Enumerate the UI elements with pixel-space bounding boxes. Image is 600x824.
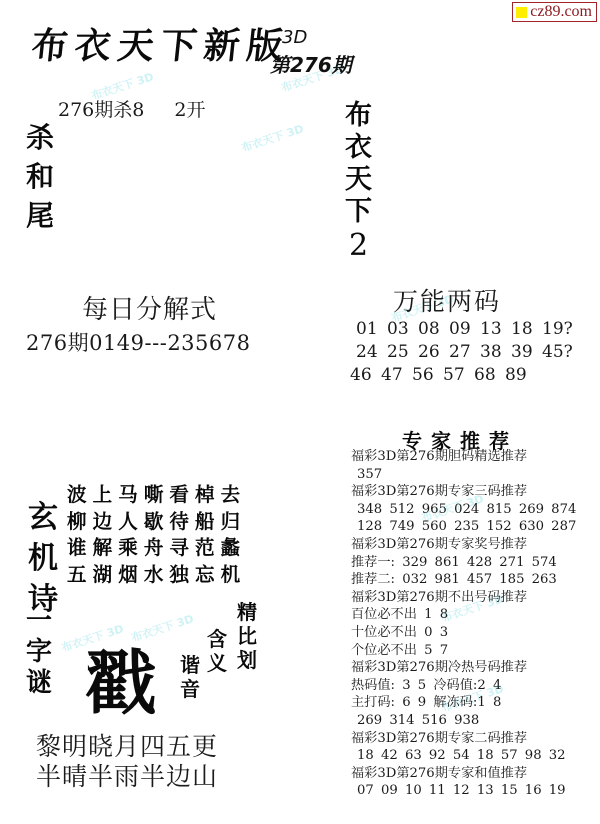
page-title: 布衣天下新版: [29, 18, 292, 69]
poem-char: 水: [141, 562, 167, 589]
poem-char: 机: [218, 562, 244, 589]
hint-char: 音: [180, 677, 200, 701]
game-label: 3D: [282, 27, 307, 48]
daily-line: 276期0149---235678: [26, 327, 250, 357]
expert-value: 07 09 10 11 12 13 15 16 19: [351, 782, 576, 800]
poem-char: 湖: [90, 562, 116, 589]
poem-line: 谁解乘舟寻范蠡: [64, 535, 243, 562]
site-badge[interactable]: cz89.com: [512, 2, 597, 22]
expert-value: 十位必不出 0 3: [351, 624, 576, 642]
poem-char: 波: [64, 482, 90, 509]
hint-char: 谐: [180, 653, 200, 677]
code: 45?: [542, 341, 573, 364]
expert-value: 128 749 560 235 152 630 287: [351, 518, 576, 536]
expert-value: 18 42 63 92 54 18 57 98 32: [351, 747, 576, 765]
poem-char: 马: [115, 482, 141, 509]
expert-value: 热码值: 3 5 冷码值:2 4: [351, 677, 576, 695]
yellow-square-icon: [516, 7, 527, 18]
expert-heading: 福彩3D第276期专家三码推荐: [351, 483, 576, 501]
expert-heading: 福彩3D第276期专家奖号推荐: [351, 536, 576, 554]
poem-char: 船: [192, 509, 218, 536]
expert-heading: 福彩3D第276期冷热号码推荐: [351, 659, 576, 677]
code: 03: [387, 318, 418, 341]
side-number: 2: [349, 230, 368, 262]
expert-list: 福彩3D第276期胆码精选推荐 357 福彩3D第276期专家三码推荐 348 …: [351, 448, 576, 800]
label-char: 谜: [26, 668, 52, 699]
open-text: 2开: [174, 99, 205, 121]
code: 56: [412, 364, 443, 387]
kill-vertical-label: 杀 和 尾: [26, 118, 54, 235]
poem-line: 波上马嘶看棹去: [64, 482, 243, 509]
poem-char: 烟: [115, 562, 141, 589]
hint-char: 比: [237, 624, 257, 648]
hint-char: 划: [237, 648, 257, 672]
poem-label: 玄 机 诗: [28, 497, 58, 620]
poem-text: 波上马嘶看棹去 柳边人歇待船归 谁解乘舟寻范蠡 五湖烟水独忘机: [64, 482, 243, 588]
poem-char: 柳: [64, 509, 90, 536]
code: 09: [449, 318, 480, 341]
expert-heading: 福彩3D第276期专家和值推荐: [351, 765, 576, 783]
wanneng-row: 24 25 26 27 38 39 45?: [356, 341, 573, 364]
poem-char: 看: [166, 482, 192, 509]
code: 18: [511, 318, 542, 341]
code: 13: [480, 318, 511, 341]
label-char: 下: [345, 196, 372, 228]
label-char: 天: [345, 164, 372, 196]
poem-char: 谁: [64, 535, 90, 562]
expert-value: 269 314 516 938: [351, 712, 576, 730]
kill-text: 276期杀8: [58, 99, 144, 121]
riddle-hint: 含 义: [207, 627, 227, 675]
issue-label: 第276期: [270, 49, 352, 78]
label-char: 字: [26, 637, 52, 668]
poem-char: 忘: [192, 562, 218, 589]
side-vertical-title: 布 衣 天 下 2: [345, 100, 372, 262]
code: 24: [356, 341, 387, 364]
label-char: 尾: [26, 196, 54, 235]
label-char: 衣: [345, 132, 372, 164]
poem-char: 寻: [166, 535, 192, 562]
poem-char: 边: [90, 509, 116, 536]
code: 27: [449, 341, 480, 364]
expert-value: 357: [351, 466, 576, 484]
poem-char: 乘: [115, 535, 141, 562]
riddle-label: 一 字 谜: [26, 606, 52, 699]
expert-heading: 福彩3D第276期不出号码推荐: [351, 589, 576, 607]
verse-line: 半晴半雨半边山: [36, 762, 218, 792]
daily-title: 每日分解式: [82, 289, 217, 326]
code: 26: [418, 341, 449, 364]
code: 01: [356, 318, 387, 341]
expert-value: 百位必不出 1 8: [351, 606, 576, 624]
code: 47: [381, 364, 412, 387]
hint-char: 义: [207, 651, 227, 675]
label-char: 杀: [26, 118, 54, 157]
site-badge-text: cz89.com: [530, 3, 592, 21]
riddle-hint: 谐 音: [180, 653, 200, 701]
poem-char: 人: [115, 509, 141, 536]
poem-char: 去: [218, 482, 244, 509]
riddle-char: 戳: [86, 627, 156, 728]
expert-value: 个位必不出 5 7: [351, 642, 576, 660]
wanneng-row: 01 03 08 09 13 18 19?: [356, 318, 573, 341]
expert-value: 推荐二: 032 981 457 185 263: [351, 571, 576, 589]
verse: 黎明晓月四五更 半晴半雨半边山: [36, 732, 218, 792]
wanneng-grid: 01 03 08 09 13 18 19? 24 25 26 27 38 39 …: [356, 318, 573, 387]
hint-char: 精: [237, 600, 257, 624]
poem-char: 上: [90, 482, 116, 509]
poem-char: 歇: [141, 509, 167, 536]
poem-char: 解: [90, 535, 116, 562]
expert-value: 推荐一: 329 861 428 271 574: [351, 554, 576, 572]
poem-char: 五: [64, 562, 90, 589]
code: 38: [480, 341, 511, 364]
expert-heading: 福彩3D第276期胆码精选推荐: [351, 448, 576, 466]
poem-char: 待: [166, 509, 192, 536]
expert-value: 348 512 965 024 815 269 874: [351, 501, 576, 519]
expert-value: 主打码: 6 9 解冻码:1 8: [351, 694, 576, 712]
hint-char: 含: [207, 627, 227, 651]
verse-line: 黎明晓月四五更: [36, 732, 218, 762]
wanneng-title: 万能两码: [393, 282, 501, 318]
label-char: 布: [345, 100, 372, 132]
code: 39: [511, 341, 542, 364]
kill-line: 276期杀82开: [58, 95, 205, 122]
expert-heading: 福彩3D第276期专家二码推荐: [351, 730, 576, 748]
poem-line: 五湖烟水独忘机: [64, 562, 243, 589]
label-char: 玄: [28, 497, 58, 538]
poem-char: 棹: [192, 482, 218, 509]
code: 08: [418, 318, 449, 341]
poem-line: 柳边人歇待船归: [64, 509, 243, 536]
poem-char: 舟: [141, 535, 167, 562]
code: 68: [474, 364, 505, 387]
poem-char: 蠡: [218, 535, 244, 562]
riddle-hint: 精 比 划: [237, 600, 257, 672]
poem-char: 范: [192, 535, 218, 562]
code: 89: [505, 364, 536, 387]
code: 19?: [542, 318, 573, 341]
watermark: 布衣天下 3D: [239, 120, 305, 155]
poem-char: 独: [166, 562, 192, 589]
wanneng-row: 46 47 56 57 68 89: [350, 364, 573, 387]
label-char: 和: [26, 157, 54, 196]
code: 25: [387, 341, 418, 364]
poem-char: 归: [218, 509, 244, 536]
label-char: 机: [28, 538, 58, 579]
code: 46: [350, 364, 381, 387]
poem-char: 嘶: [141, 482, 167, 509]
label-char: 一: [26, 606, 52, 637]
code: 57: [443, 364, 474, 387]
